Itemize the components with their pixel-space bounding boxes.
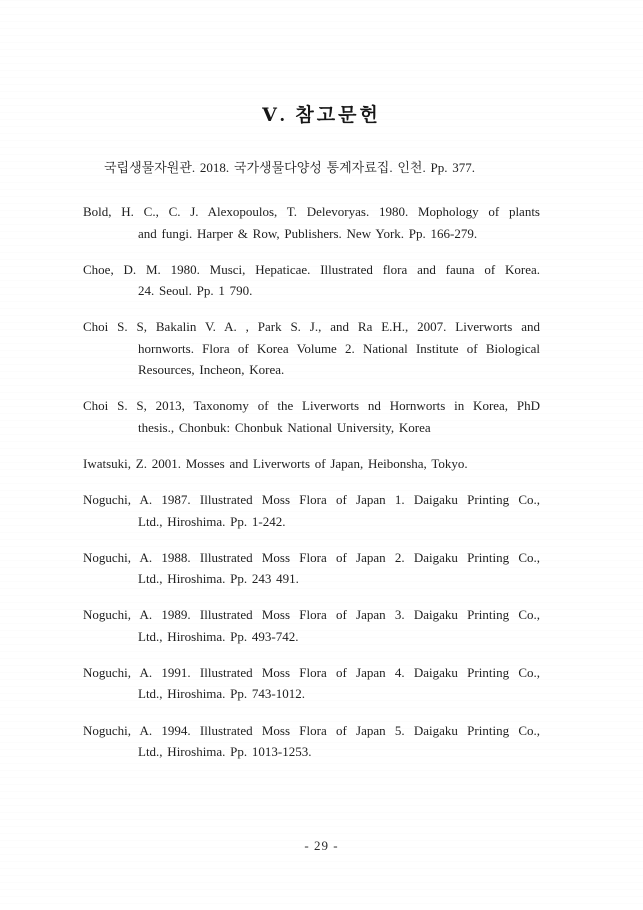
- reference-entry: Noguchi, A. 1987. Illustrated Moss Flora…: [83, 489, 540, 532]
- reference-entry: Noguchi, A. 1988. Illustrated Moss Flora…: [83, 547, 540, 590]
- reference-line: thesis., Chonbuk: Chonbuk National Unive…: [138, 417, 540, 438]
- reference-entry: 국립생물자원관. 2018. 국가생물다양성 통계자료집. 인천. Pp. 37…: [83, 157, 540, 178]
- reference-line: Ltd., Hiroshima. Pp. 743-1012.: [138, 683, 540, 704]
- reference-entry: Noguchi, A. 1991. Illustrated Moss Flora…: [83, 662, 540, 705]
- reference-entry: Bold, H. C., C. J. Alexopoulos, T. Delev…: [83, 201, 540, 244]
- reference-line: 24. Seoul. Pp. 1 790.: [138, 280, 540, 301]
- document-page: Ⅴ. 참고문헌 국립생물자원관. 2018. 국가생물다양성 통계자료집. 인천…: [0, 0, 643, 910]
- reference-line: Iwatsuki, Z. 2001. Mosses and Liverworts…: [83, 453, 540, 474]
- section-title: Ⅴ. 참고문헌: [0, 100, 643, 127]
- reference-line: Choi S. S, 2013, Taxonomy of the Liverwo…: [83, 395, 540, 416]
- reference-line: Choe, D. M. 1980. Musci, Hepaticae. Illu…: [83, 259, 540, 280]
- reference-entry: Iwatsuki, Z. 2001. Mosses and Liverworts…: [83, 453, 540, 474]
- reference-line: Choi S. S, Bakalin V. A. , Park S. J., a…: [83, 316, 540, 337]
- reference-line: Noguchi, A. 1988. Illustrated Moss Flora…: [83, 547, 540, 568]
- reference-line: Noguchi, A. 1994. Illustrated Moss Flora…: [83, 720, 540, 741]
- reference-line: Ltd., Hiroshima. Pp. 243 491.: [138, 568, 540, 589]
- reference-line: Ltd., Hiroshima. Pp. 1013-1253.: [138, 741, 540, 762]
- reference-line: Bold, H. C., C. J. Alexopoulos, T. Delev…: [83, 201, 540, 222]
- references-list: 국립생물자원관. 2018. 국가생물다양성 통계자료집. 인천. Pp. 37…: [83, 157, 540, 777]
- reference-entry: Choi S. S, 2013, Taxonomy of the Liverwo…: [83, 395, 540, 438]
- reference-line: Noguchi, A. 1987. Illustrated Moss Flora…: [83, 489, 540, 510]
- reference-line: hornworts. Flora of Korea Volume 2. Nati…: [138, 338, 540, 359]
- reference-line: 국립생물자원관. 2018. 국가생물다양성 통계자료집. 인천. Pp. 37…: [104, 157, 540, 178]
- reference-entry: Choe, D. M. 1980. Musci, Hepaticae. Illu…: [83, 259, 540, 302]
- reference-entry: Choi S. S, Bakalin V. A. , Park S. J., a…: [83, 316, 540, 380]
- page-number: - 29 -: [0, 838, 643, 854]
- reference-line: Noguchi, A. 1989. Illustrated Moss Flora…: [83, 604, 540, 625]
- reference-line: Noguchi, A. 1991. Illustrated Moss Flora…: [83, 662, 540, 683]
- reference-line: Ltd., Hiroshima. Pp. 1-242.: [138, 511, 540, 532]
- reference-line: Ltd., Hiroshima. Pp. 493-742.: [138, 626, 540, 647]
- reference-line: Resources, Incheon, Korea.: [138, 359, 540, 380]
- reference-entry: Noguchi, A. 1994. Illustrated Moss Flora…: [83, 720, 540, 763]
- reference-entry: Noguchi, A. 1989. Illustrated Moss Flora…: [83, 604, 540, 647]
- reference-line: and fungi. Harper & Row, Publishers. New…: [138, 223, 540, 244]
